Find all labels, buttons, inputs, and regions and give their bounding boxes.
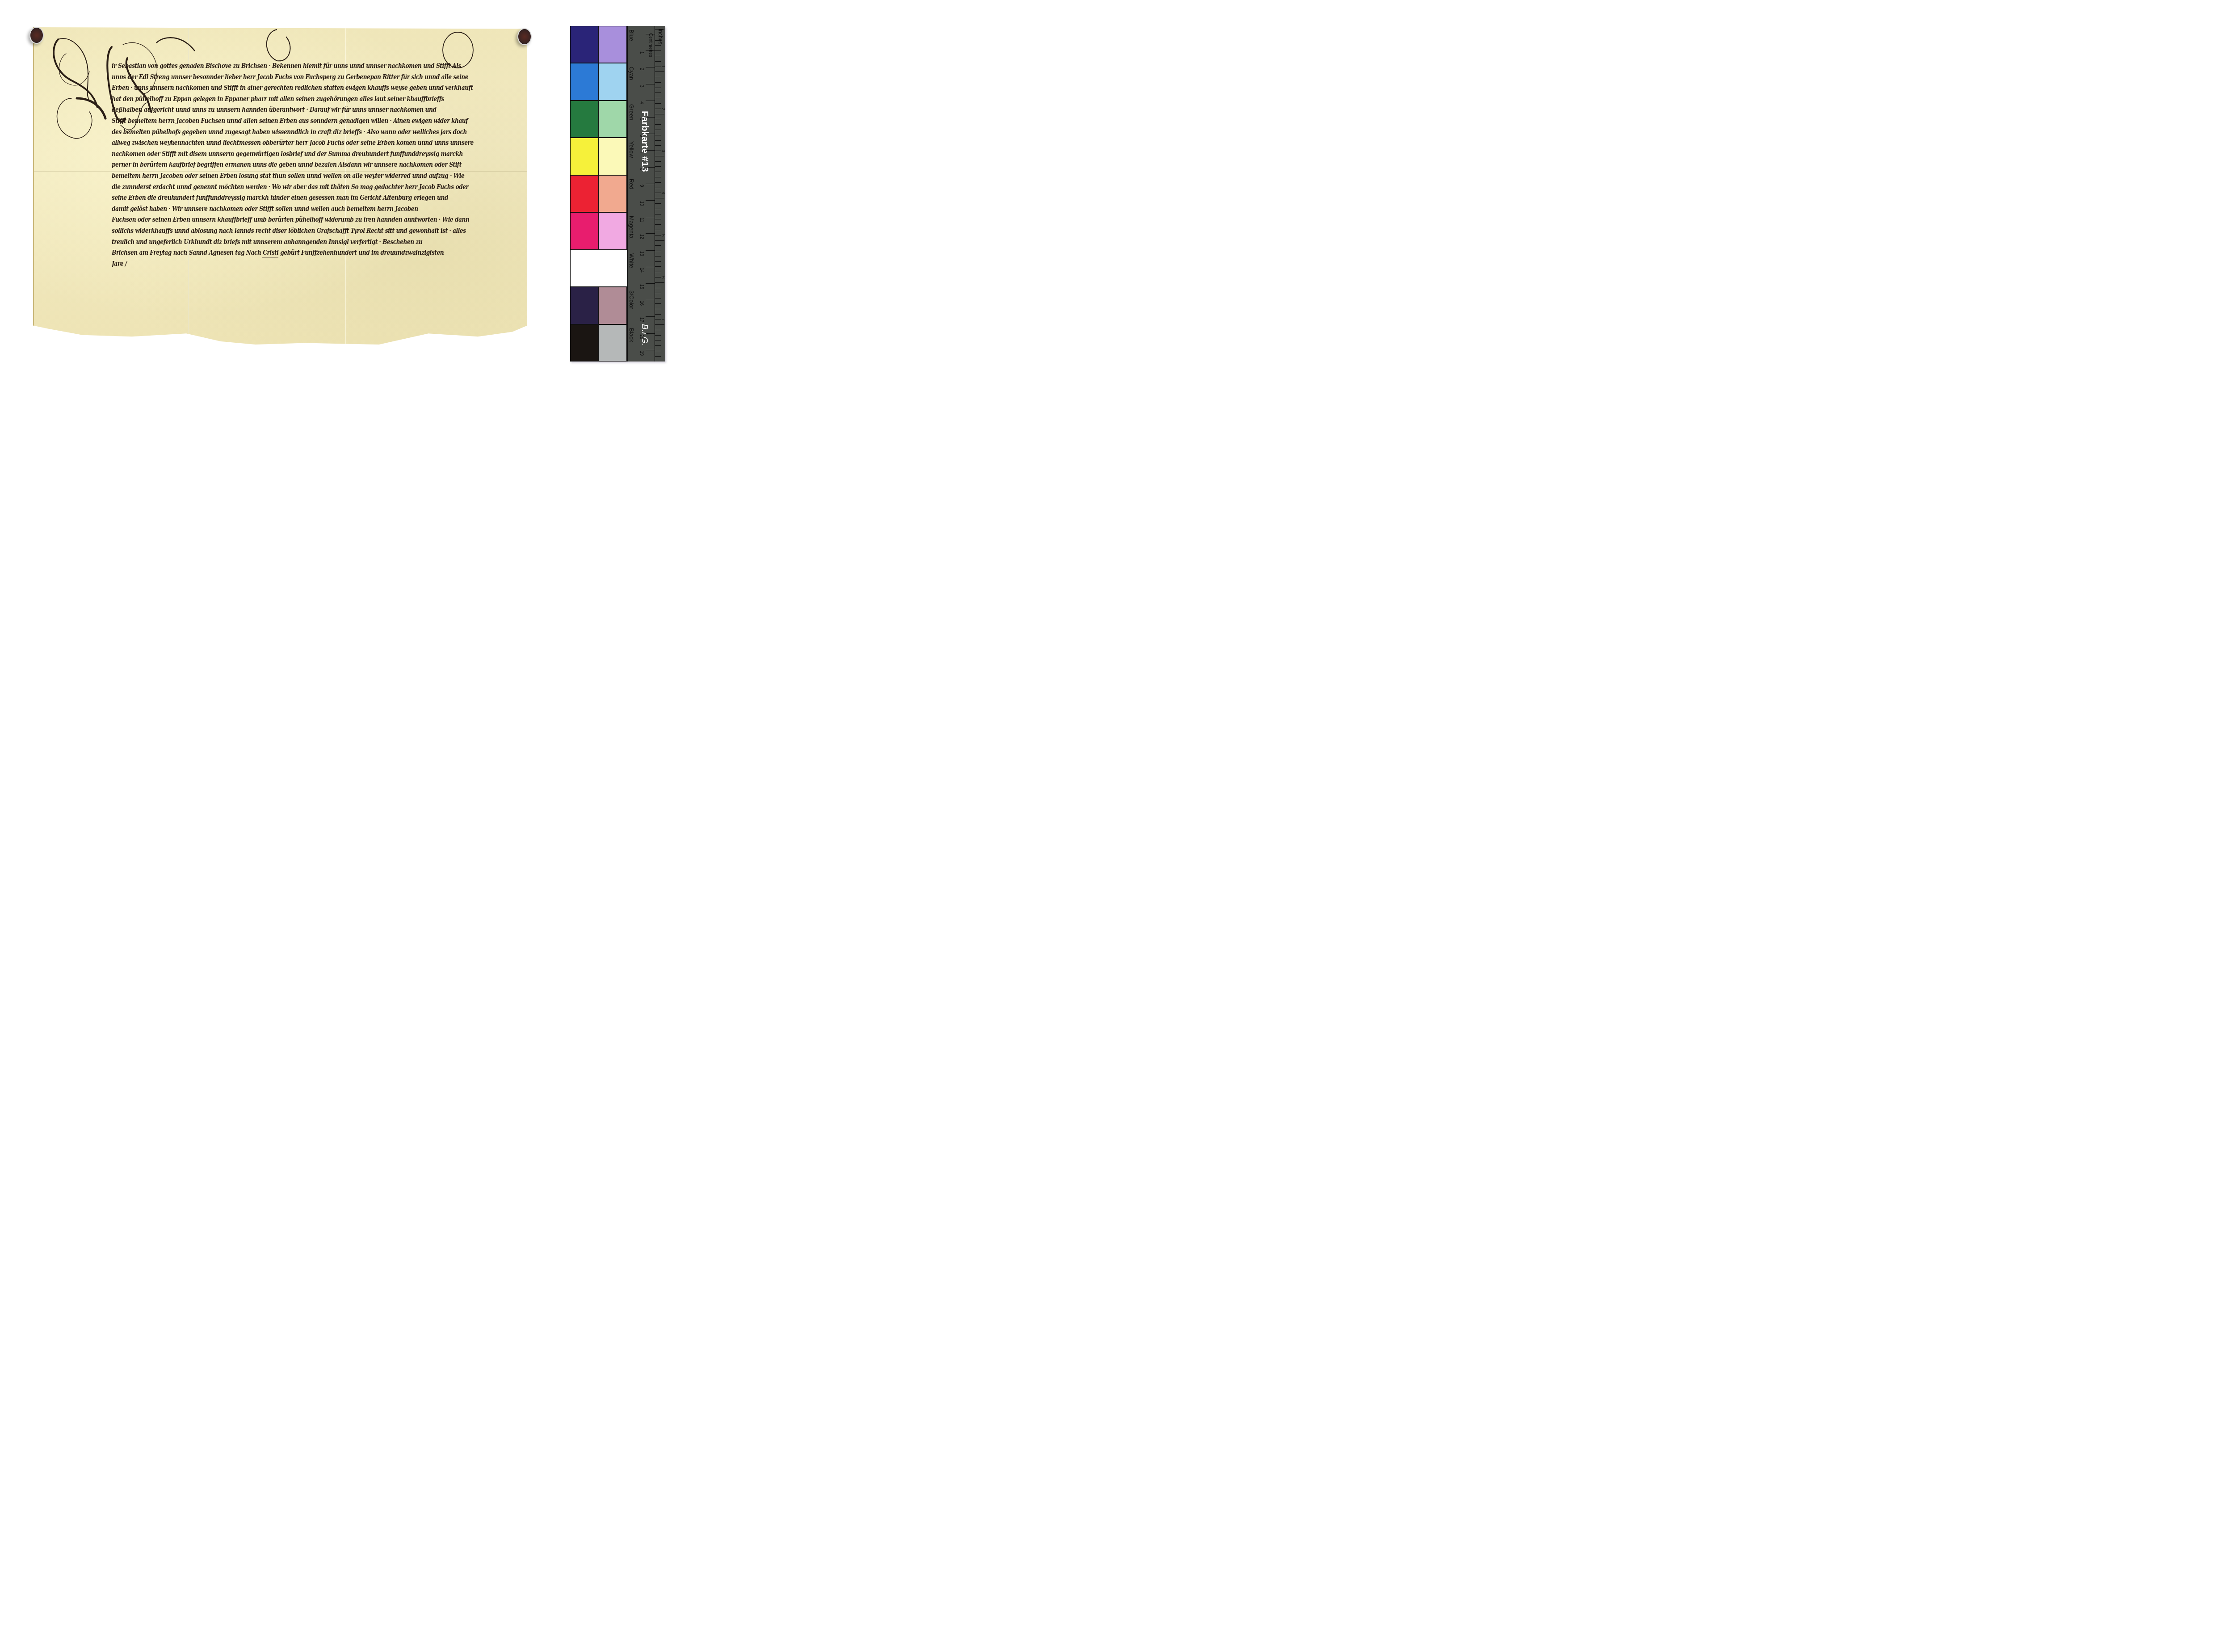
ruler-tick-inch	[655, 209, 661, 209]
ruler-tick-inch	[655, 298, 661, 298]
ruler-tick-inch	[655, 245, 661, 246]
text-line: sollichs widerkhauffs unnd ablosung nach…	[112, 224, 516, 237]
ruler-number-cm: 16	[639, 301, 644, 306]
ruler-tick-inch	[655, 351, 661, 351]
ruler-tick-cm	[646, 50, 655, 51]
ruler-tick-inch	[655, 71, 664, 72]
ruler-number-cm: 18	[639, 334, 644, 339]
ruler-tick-inch	[655, 309, 661, 309]
ruler-tick-inch	[655, 314, 661, 315]
ruler-tick-inch	[655, 282, 664, 283]
color-patch-yellow-dark	[570, 138, 599, 175]
ruler-inches-label: Inches	[657, 29, 663, 44]
ruler-tick-inch	[655, 161, 661, 162]
ruler-tick-inch	[655, 219, 661, 219]
ruler-number-cm: 9	[639, 185, 644, 187]
ruler-number-cm: 5	[639, 118, 644, 121]
ruler-number-cm: 19	[639, 351, 644, 356]
ruler-tick-inch	[655, 182, 661, 183]
ruler-tick-inch	[655, 61, 661, 62]
ruler-tick-inch	[655, 82, 661, 83]
ruler-tick-cm	[646, 34, 655, 34]
ruler-tick-inch	[655, 166, 661, 167]
ruler-tick-inch	[655, 277, 661, 277]
ruler-tick-inch	[655, 324, 664, 325]
color-patch-magenta-light	[598, 212, 627, 249]
ruler-tick-cm	[646, 217, 655, 217]
ruler-number-cm: 14	[639, 268, 644, 273]
color-patch-blue-dark	[570, 26, 599, 63]
ruler-tick-inch	[655, 345, 661, 346]
ruler-number-cm: 13	[639, 251, 644, 256]
color-patch-3-color-light	[598, 287, 627, 324]
ruler-tick-inch	[655, 151, 661, 151]
ruler-tick-inch	[655, 50, 661, 51]
ruler-tick-inch	[655, 266, 661, 267]
color-patch-cyan-dark	[570, 63, 599, 100]
ruler-tick-cm	[646, 101, 655, 101]
patch-label: White	[628, 253, 635, 268]
ruler-tick-inch	[655, 319, 661, 319]
ruler-tick-inch	[655, 114, 664, 114]
ruler-number-inch: 6	[660, 276, 665, 279]
ruler-number-cm: 15	[639, 284, 644, 289]
ruler-tick-inch	[655, 156, 664, 156]
ruler-tick-inch	[655, 293, 661, 293]
ruler-tick-inch	[655, 140, 661, 141]
ruler-tick-cm	[646, 117, 655, 118]
ruler-tick-inch	[655, 256, 661, 256]
patch-label: Green	[628, 104, 635, 120]
ruler-number-cm: 6	[639, 135, 644, 137]
color-patch-blue-light	[598, 26, 627, 63]
ruler-number-cm: 7	[639, 151, 644, 154]
patch-label: Black	[628, 328, 635, 342]
ruler-tick-inch	[655, 135, 661, 135]
ruler-number-inch: 4	[660, 192, 665, 194]
color-patch-cyan-light	[598, 63, 627, 100]
ruler-tick-cm	[646, 67, 655, 67]
ruler-tick-inch	[655, 272, 661, 272]
ruler-tick-inch	[655, 193, 661, 193]
ruler-tick-inch	[655, 356, 661, 357]
ruler-number-inch: 2	[660, 108, 665, 110]
ruler-number-inch: 1	[660, 65, 665, 68]
ruler-tick-inch	[655, 177, 661, 177]
ruler-tick-inch	[655, 67, 661, 67]
ruler-number-inch: 5	[660, 234, 665, 237]
patch-label: 3/Color	[628, 290, 635, 309]
ruler-tick-inch	[655, 103, 661, 104]
ruler-number-cm: 8	[639, 168, 644, 171]
mounting-pin-left	[29, 27, 44, 44]
ruler-tick-inch	[655, 130, 661, 130]
ruler-number-cm: 10	[639, 201, 644, 206]
ruler-tick-cm	[646, 150, 655, 151]
ruler-tick-inch	[655, 35, 661, 35]
patch-label: Blue	[628, 29, 635, 41]
ruler-centimetres-label: Centimetres	[648, 33, 653, 57]
ruler-tick-inch	[655, 92, 661, 93]
ruler-tick-cm	[646, 167, 655, 168]
ruler-tick-cm	[646, 316, 655, 317]
ruler-number-cm: 11	[639, 218, 644, 222]
color-patch-yellow-light	[598, 138, 627, 175]
ruler-tick-inch	[655, 56, 661, 56]
ruler-tick-inch	[655, 172, 661, 172]
ruler-tick-inch	[655, 230, 661, 230]
color-patch-black-light	[598, 324, 627, 362]
ruler-tick-inch	[655, 224, 661, 225]
ruler-tick-inch	[655, 235, 661, 235]
color-patch-black-dark	[570, 324, 599, 362]
ruler-number-inch: 3	[660, 150, 665, 152]
ruler-number-cm: 1	[639, 51, 644, 54]
color-patch-red-light	[598, 175, 627, 212]
ruler-tick-inch	[655, 303, 661, 304]
color-patch-red-dark	[570, 175, 599, 212]
patch-label: Magenta	[628, 216, 635, 239]
ruler-tick-inch	[655, 340, 661, 340]
color-patch-3-color-dark	[570, 287, 599, 324]
text-line: Jare /	[112, 257, 516, 270]
ruler-tick-cm	[646, 267, 655, 267]
ruler-number-cm: 17	[639, 317, 644, 322]
ruler-tick-cm	[646, 184, 655, 184]
ruler-tick-cm	[646, 200, 655, 201]
ruler-tick-inch	[655, 98, 661, 98]
ruler-number-cm: 3	[639, 85, 644, 88]
ruler-tick-cm	[646, 333, 655, 334]
pencil-mark	[262, 257, 278, 258]
ruler-tick-inch	[655, 214, 661, 214]
ruler-tick-inch	[655, 124, 661, 125]
ruler-tick-inch	[655, 109, 661, 109]
ruler-tick-cm	[646, 283, 655, 284]
ruler-tick-inch	[655, 203, 661, 204]
color-reference-chart: Inches Centimetres Farbkarte #13 B.I.G. …	[570, 26, 665, 362]
ruler-tick-cm	[646, 350, 655, 350]
ruler-tick-inch	[655, 188, 661, 188]
mounting-pin-right	[517, 28, 532, 45]
ruler-tick-inch	[655, 261, 661, 262]
color-patch-green-dark	[570, 101, 599, 138]
ruler-tick-inch	[655, 29, 664, 30]
swatch-column-light	[598, 26, 627, 362]
ruler-tick-inch	[655, 119, 661, 119]
ruler-scale-line	[655, 26, 655, 362]
ruler-tick-inch	[655, 198, 664, 198]
ruler-tick-cm	[646, 300, 655, 300]
ruler-tick-inch	[655, 335, 661, 336]
charter-text: ir Sebastian von gottes genaden Bischove…	[112, 60, 516, 269]
ruler-tick-cm	[646, 233, 655, 234]
measurement-ruler: Inches Centimetres Farbkarte #13 B.I.G. …	[627, 26, 665, 362]
ruler-number-inch: 7	[660, 318, 665, 321]
ruler-number-cm: 2	[639, 68, 644, 71]
ruler-tick-inch	[655, 45, 661, 46]
ruler-tick-inch	[655, 77, 661, 77]
top-flourish	[155, 34, 196, 54]
ruler-tick-cm	[646, 134, 655, 134]
swatch-column-dark	[570, 26, 599, 362]
ruler-number-cm: 12	[639, 234, 644, 239]
ruler-tick-inch	[655, 40, 661, 41]
patch-label: Yellow	[628, 141, 635, 158]
ruler-tick-cm	[646, 84, 655, 84]
ruler-number-cm: 4	[639, 101, 644, 104]
patch-label: Red	[628, 179, 635, 189]
ruler-tick-inch	[655, 88, 661, 88]
ruler-tick-cm	[646, 250, 655, 251]
ruler-tick-inch	[655, 240, 664, 241]
ruler-tick-inch	[655, 288, 661, 288]
text-line: bemeltem herrn Jacoben oder seinen Erben…	[112, 169, 516, 182]
patch-label: Cyan	[628, 67, 635, 80]
color-patch-green-light	[598, 101, 627, 138]
ruler-tick-inch	[655, 330, 661, 330]
color-patch-magenta-dark	[570, 212, 599, 249]
ruler-tick-inch	[655, 145, 661, 146]
ruler-tick-inch	[655, 251, 661, 251]
